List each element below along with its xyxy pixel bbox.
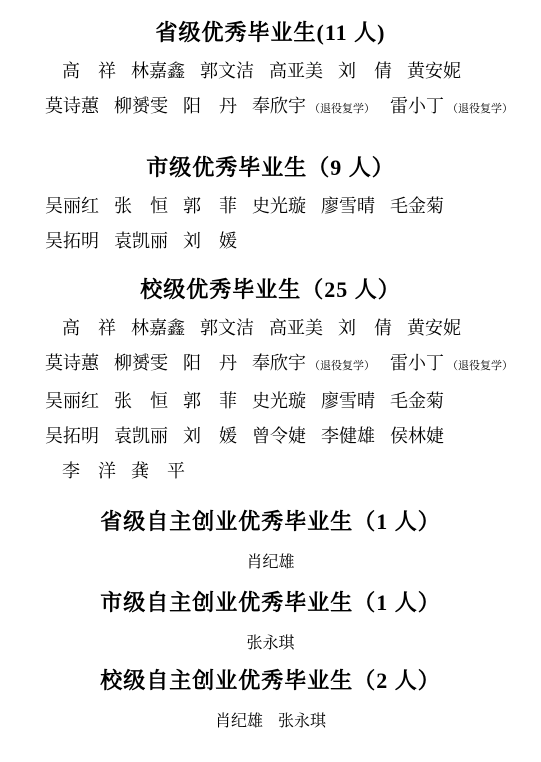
graduate-name: 高 祥 [62, 318, 116, 338]
name-row-school-entrepreneurship-graduates-0: 肖纪雄张永琪 [0, 713, 541, 730]
graduate-name: 阳 丹 [183, 96, 237, 116]
graduate-name: 林嘉鑫 [131, 318, 185, 338]
graduate-name: 侯林婕 [390, 426, 444, 446]
retired-reenrolled-note: （退役复学） [309, 360, 375, 372]
retired-reenrolled-note: （退役复学） [447, 360, 513, 372]
graduate-name: 吴拓明 [45, 426, 99, 446]
graduate-name: 史光璇 [252, 391, 306, 411]
retired-reenrolled-note: （退役复学） [447, 103, 513, 115]
graduate-name: 林嘉鑫 [131, 61, 185, 81]
graduate-name: 吴丽红 [45, 196, 99, 216]
graduate-name: 刘 媛 [183, 231, 237, 251]
section-school-entrepreneurship-graduates: 校级自主创业优秀毕业生（2 人）肖纪雄张永琪 [0, 668, 541, 730]
graduate-name: 袁凯丽 [114, 231, 168, 251]
graduate-name: 李健雄 [321, 426, 375, 446]
graduate-name: 奉欣宇（退役复学） [252, 353, 375, 373]
section-title-provincial-entrepreneurship-graduates: 省级自主创业优秀毕业生（1 人） [0, 509, 541, 535]
name-row-school-outstanding-graduates-1: 莫诗蕙柳赟雯阳 丹奉欣宇（退役复学）雷小丁（退役复学） [45, 354, 541, 376]
graduate-name: 张永琪 [278, 713, 326, 730]
graduate-name: 袁凯丽 [114, 426, 168, 446]
graduate-name: 高亚美 [269, 61, 323, 81]
name-row-provincial-outstanding-graduates-0: 高 祥林嘉鑫郭文洁高亚美刘 倩黄安妮 [62, 62, 541, 81]
graduate-name: 柳赟雯 [114, 96, 168, 116]
graduate-name: 黄安妮 [407, 61, 461, 81]
graduate-name: 廖雪晴 [321, 391, 375, 411]
graduate-name: 肖纪雄 [215, 713, 263, 730]
graduate-name: 郭 菲 [183, 391, 237, 411]
graduate-name: 黄安妮 [407, 318, 461, 338]
graduate-name: 刘 媛 [183, 426, 237, 446]
graduate-name: 刘 倩 [338, 61, 392, 81]
graduate-name: 毛金菊 [390, 391, 444, 411]
graduate-name: 郭 菲 [183, 196, 237, 216]
graduate-name: 雷小丁（退役复学） [390, 353, 513, 373]
graduate-name: 高 祥 [62, 61, 116, 81]
graduate-name: 雷小丁（退役复学） [390, 96, 513, 116]
graduate-name: 史光璇 [252, 196, 306, 216]
graduate-name: 张 恒 [114, 196, 168, 216]
name-row-municipal-outstanding-graduates-1: 吴拓明袁凯丽刘 媛 [45, 232, 541, 251]
graduate-name: 莫诗蕙 [45, 96, 99, 116]
name-row-municipal-outstanding-graduates-0: 吴丽红张 恒郭 菲史光璇廖雪晴毛金菊 [45, 197, 541, 216]
graduate-name: 柳赟雯 [114, 353, 168, 373]
graduate-name: 奉欣宇（退役复学） [252, 96, 375, 116]
graduate-name: 廖雪晴 [321, 196, 375, 216]
graduate-name: 张 恒 [114, 391, 168, 411]
name-row-school-outstanding-graduates-3: 吴拓明袁凯丽刘 媛曾令婕李健雄侯林婕 [45, 427, 541, 446]
name-row-school-outstanding-graduates-0: 高 祥林嘉鑫郭文洁高亚美刘 倩黄安妮 [62, 319, 541, 338]
graduate-name: 肖纪雄 [246, 554, 294, 571]
section-provincial-outstanding-graduates: 省级优秀毕业生(11 人)高 祥林嘉鑫郭文洁高亚美刘 倩黄安妮莫诗蕙柳赟雯阳 丹… [0, 20, 541, 119]
retired-reenrolled-note: （退役复学） [309, 103, 375, 115]
name-row-provincial-entrepreneurship-graduates-0: 肖纪雄 [0, 554, 541, 571]
graduate-name: 郭文洁 [200, 318, 254, 338]
graduate-name: 高亚美 [269, 318, 323, 338]
section-title-municipal-entrepreneurship-graduates: 市级自主创业优秀毕业生（1 人） [0, 590, 541, 616]
graduate-name: 吴丽红 [45, 391, 99, 411]
name-row-school-outstanding-graduates-4: 李 洋龚 平 [62, 462, 541, 481]
graduate-name: 吴拓明 [45, 231, 99, 251]
section-municipal-entrepreneurship-graduates: 市级自主创业优秀毕业生（1 人）张永琪 [0, 590, 541, 652]
section-title-municipal-outstanding-graduates: 市级优秀毕业生（9 人） [0, 155, 541, 181]
section-title-school-outstanding-graduates: 校级优秀毕业生（25 人） [0, 277, 541, 303]
section-municipal-outstanding-graduates: 市级优秀毕业生（9 人）吴丽红张 恒郭 菲史光璇廖雪晴毛金菊吴拓明袁凯丽刘 媛 [0, 155, 541, 251]
name-row-provincial-outstanding-graduates-1: 莫诗蕙柳赟雯阳 丹奉欣宇（退役复学）雷小丁（退役复学） [45, 97, 541, 119]
section-title-school-entrepreneurship-graduates: 校级自主创业优秀毕业生（2 人） [0, 668, 541, 694]
graduate-name: 莫诗蕙 [45, 353, 99, 373]
document-page: 省级优秀毕业生(11 人)高 祥林嘉鑫郭文洁高亚美刘 倩黄安妮莫诗蕙柳赟雯阳 丹… [0, 0, 541, 762]
section-title-provincial-outstanding-graduates: 省级优秀毕业生(11 人) [0, 20, 541, 46]
graduate-name: 刘 倩 [338, 318, 392, 338]
graduate-name: 张永琪 [246, 635, 294, 652]
graduate-name: 李 洋 [62, 461, 116, 481]
graduates-list-document: 省级优秀毕业生(11 人)高 祥林嘉鑫郭文洁高亚美刘 倩黄安妮莫诗蕙柳赟雯阳 丹… [0, 20, 541, 730]
graduate-name: 曾令婕 [252, 426, 306, 446]
name-row-school-outstanding-graduates-2: 吴丽红张 恒郭 菲史光璇廖雪晴毛金菊 [45, 392, 541, 411]
graduate-name: 龚 平 [131, 461, 185, 481]
graduate-name: 郭文洁 [200, 61, 254, 81]
name-row-municipal-entrepreneurship-graduates-0: 张永琪 [0, 635, 541, 652]
section-provincial-entrepreneurship-graduates: 省级自主创业优秀毕业生（1 人）肖纪雄 [0, 509, 541, 571]
graduate-name: 阳 丹 [183, 353, 237, 373]
graduate-name: 毛金菊 [390, 196, 444, 216]
section-school-outstanding-graduates: 校级优秀毕业生（25 人）高 祥林嘉鑫郭文洁高亚美刘 倩黄安妮莫诗蕙柳赟雯阳 丹… [0, 277, 541, 481]
